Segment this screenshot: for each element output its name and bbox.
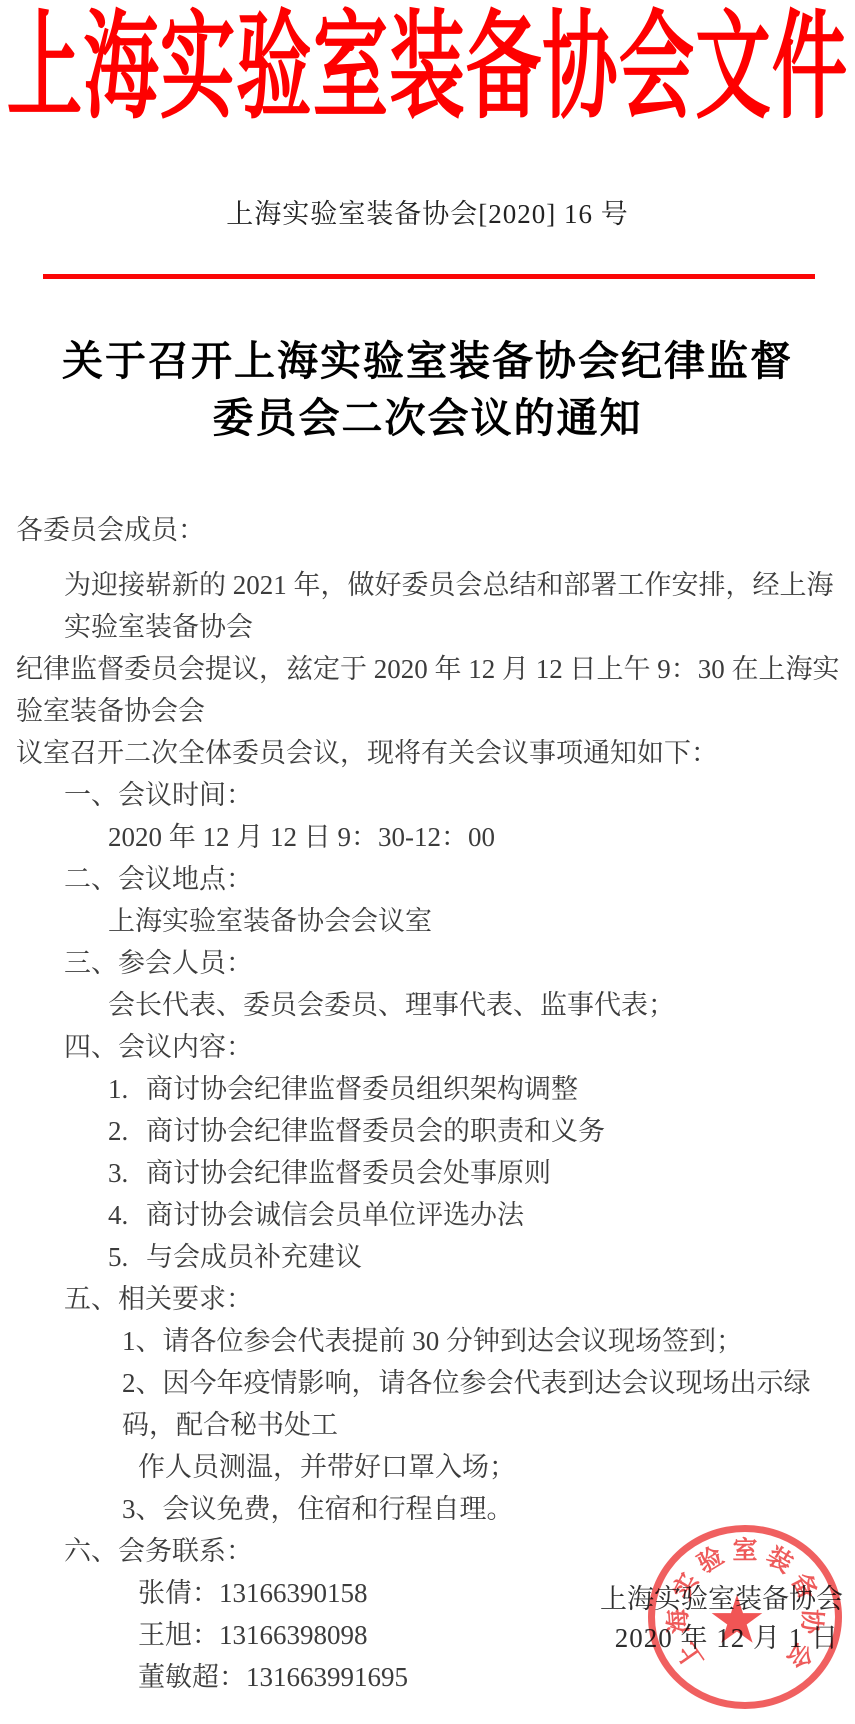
- section-6-heading: 六、会务联系：: [16, 1530, 845, 1572]
- signature-org: 上海实验室装备协会: [600, 1580, 843, 1619]
- section-2-heading: 二、会议地点：: [16, 858, 845, 900]
- agenda-item: 3.商讨协会纪律监督委员会处事原则: [16, 1152, 845, 1194]
- requirement-item-3: 3、会议免费，住宿和行程自理。: [16, 1488, 845, 1530]
- section-1-body: 2020 年 12 月 12 日 9：30-12：00: [16, 816, 845, 858]
- signature-date: 2020 年 12 月 1 日: [600, 1619, 843, 1658]
- requirement-item-1: 1、请各位参会代表提前 30 分钟到达会议现场签到；: [16, 1320, 845, 1362]
- contact-line: 董敏超：131663991695: [16, 1656, 845, 1698]
- intro-line-3: 议室召开二次全体委员会议，现将有关会议事项通知如下：: [16, 732, 845, 774]
- agenda-item-number: 1.: [108, 1068, 146, 1110]
- red-header-banner: 上海实验室装备协会文件: [0, 6, 855, 132]
- doc-number: 上海实验室装备协会[2020] 16 号: [0, 198, 855, 230]
- agenda-item-number: 4.: [108, 1194, 146, 1236]
- agenda-item: 2.商讨协会纪律监督委员会的职责和义务: [16, 1110, 845, 1152]
- requirement-item-2-line-1: 2、因今年疫情影响，请各位参会代表到达会议现场出示绿码，配合秘书处工: [16, 1362, 845, 1446]
- agenda-item-text: 与会成员补充建议: [146, 1242, 362, 1272]
- title-line-1: 关于召开上海实验室装备协会纪律监督: [0, 333, 855, 390]
- document-page: 上海实验室装备协会文件 上海实验室装备协会[2020] 16 号 关于召开上海实…: [0, 0, 855, 1724]
- agenda-item-text: 商讨协会纪律监督委员会处事原则: [146, 1158, 551, 1188]
- agenda-item-number: 2.: [108, 1110, 146, 1152]
- requirement-item-2-line-2: 作人员测温，并带好口罩入场；: [16, 1446, 845, 1488]
- salutation: 各委员会成员：: [16, 509, 845, 551]
- intro-line-2: 纪律监督委员会提议，兹定于 2020 年 12 月 12 日上午 9：30 在上…: [16, 648, 845, 732]
- section-5-heading: 五、相关要求：: [16, 1278, 845, 1320]
- agenda-item: 1.商讨协会纪律监督委员组织架构调整: [16, 1068, 845, 1110]
- section-3-body: 会长代表、委员会委员、理事代表、监事代表；: [16, 984, 845, 1026]
- agenda-item-text: 商讨协会纪律监督委员会的职责和义务: [146, 1116, 605, 1146]
- agenda-item-text: 商讨协会纪律监督委员组织架构调整: [146, 1074, 578, 1104]
- document-title: 关于召开上海实验室装备协会纪律监督 委员会二次会议的通知: [0, 333, 855, 447]
- document-body: 各委员会成员： 为迎接崭新的 2021 年，做好委员会总结和部署工作安排，经上海…: [16, 509, 845, 1698]
- agenda-item: 4.商讨协会诚信会员单位评选办法: [16, 1194, 845, 1236]
- section-4-heading: 四、会议内容：: [16, 1026, 845, 1068]
- agenda-item-number: 3.: [108, 1152, 146, 1194]
- section-3-heading: 三、参会人员：: [16, 942, 845, 984]
- section-2-body: 上海实验室装备协会会议室: [16, 900, 845, 942]
- intro-line-1: 为迎接崭新的 2021 年，做好委员会总结和部署工作安排，经上海实验室装备协会: [16, 564, 845, 648]
- agenda-item-number: 5.: [108, 1236, 146, 1278]
- agenda-item-text: 商讨协会诚信会员单位评选办法: [146, 1200, 524, 1230]
- red-divider-line: [43, 274, 815, 279]
- signature-block: 上海实验室装备协会 2020 年 12 月 1 日: [600, 1580, 843, 1658]
- section-1-heading: 一、会议时间：: [16, 774, 845, 816]
- agenda-item: 5.与会成员补充建议: [16, 1236, 845, 1278]
- title-line-2: 委员会二次会议的通知: [0, 390, 855, 447]
